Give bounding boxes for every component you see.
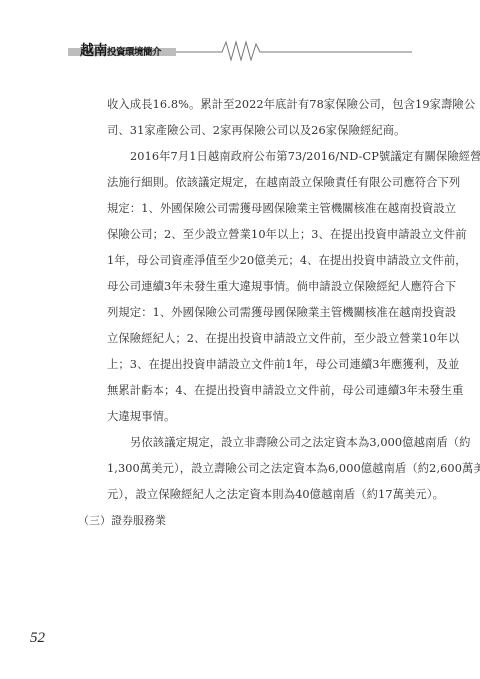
text-line: 母公司連續3年未發生重大違規事情。倘申請設立保險經紀人應符合下 bbox=[107, 278, 456, 294]
section-heading: （三）證券服務業 bbox=[78, 512, 166, 528]
text-line: 收入成長16.8%。累計至2022年底計有78家保險公司，包含19家壽險公 bbox=[107, 96, 475, 112]
text-line: 大違規事情。 bbox=[107, 408, 175, 424]
text-line: 立保險經紀人；2、在提出投資申請設立文件前，至少設立營業10年以 bbox=[107, 330, 459, 346]
text-line: 司、31家產險公司、2家再保險公司以及26家保險經紀商。 bbox=[107, 122, 406, 138]
page-number: 52 bbox=[30, 630, 45, 647]
header-zigzag-line-icon bbox=[0, 0, 480, 70]
text-line: 保險公司；2、至少設立營業10年以上；3、在提出投資申請設立文件前 bbox=[107, 226, 467, 242]
running-header: 越南投資環境簡介 bbox=[0, 0, 480, 70]
text-line: 上；3、在提出投資申請設立文件前1年，母公司連續3年應獲利，及並 bbox=[107, 356, 459, 372]
text-line: 列規定：1、外國保險公司需獲母國保險業主管機關核准在越南投資設 bbox=[107, 304, 456, 320]
text-line: 另依該議定規定，設立非壽險公司之法定資本為3,000億越南盾（約 bbox=[130, 434, 471, 450]
text-line: 規定：1、外國保險公司需獲母國保險業主管機關核准在越南投資設立 bbox=[107, 200, 456, 216]
text-line: 法施行細則。依該議定規定，在越南設立保險責任有限公司應符合下列 bbox=[107, 174, 460, 190]
text-line: 1,300萬美元），設立壽險公司之法定資本為6,000億越南盾（約2,600萬美 bbox=[107, 460, 480, 476]
text-line: 1年，母公司資產淨值至少20億美元；4、在提出投資申請設立文件前， bbox=[107, 252, 467, 268]
text-line: 2016年7月1日越南政府公布第73/2016/ND-CP號議定有關保險經營 bbox=[130, 148, 480, 164]
text-line: 無累計虧本；4、在提出投資申請設立文件前，母公司連續3年未發生重 bbox=[107, 382, 463, 398]
text-line: 元），設立保險經紀人之法定資本則為40億越南盾（約17萬美元）。 bbox=[107, 486, 444, 502]
